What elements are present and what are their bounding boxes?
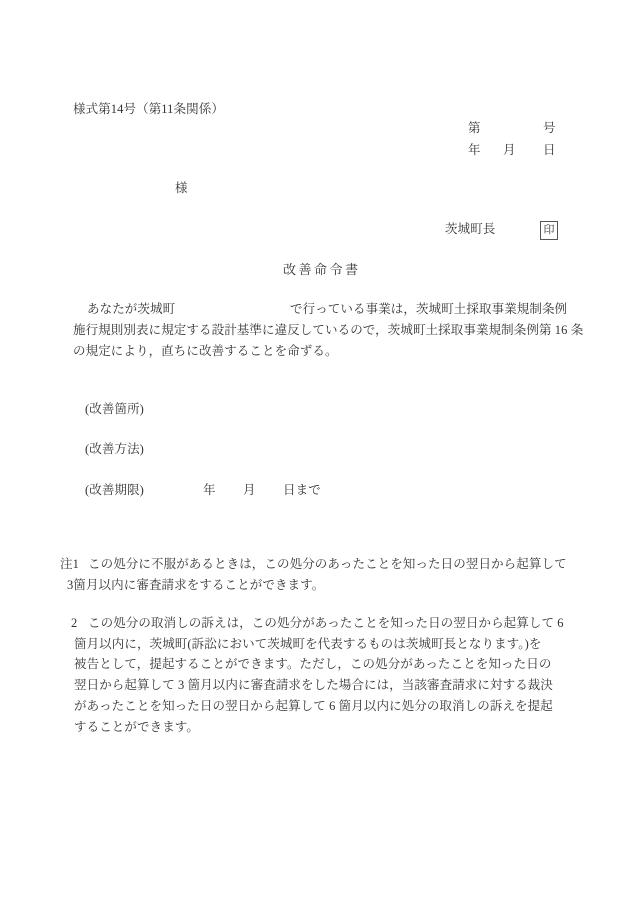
note2-line: 箇月以内に，茨城町(訴訟において茨城町を代表するものは茨城町長となります。)を (74, 634, 541, 654)
note2-line: があったことを知った日の翌日から起算して 6 箇月以内に処分の取消しの訴えを提起 (74, 696, 553, 716)
deadline-month-label: 月 (243, 480, 256, 500)
date-day-label: 日 (543, 140, 556, 160)
improvement-deadline-label: (改善期限) (85, 480, 144, 500)
note2-line: 被告として，提起することができます。ただし，この処分があったことを知った日の (74, 654, 551, 674)
note1-line: この処分に不服があるときは，この処分のあったことを知った日の翌日から起算して (88, 554, 567, 574)
body-line-1-opening: あなたが茨城町 (87, 299, 175, 319)
body-line-2: 施行規則別表に規定する設計基準に違反しているので，茨城町土採取事業規制条例第 1… (73, 320, 583, 340)
deadline-day-label: 日まで (283, 480, 321, 500)
note1-label: 注1 (60, 554, 79, 574)
date-year-label: 年 (468, 140, 481, 160)
seal-stamp: 印 (540, 221, 558, 240)
note2-line: することができます。 (74, 717, 199, 737)
note2-label: 2 (71, 613, 77, 633)
body-line-1-rest: で行っている事業は，茨城町土採取事業規制条例 (290, 299, 567, 319)
improvement-method-label: (改善方法) (85, 439, 144, 459)
deadline-year-label: 年 (203, 480, 216, 500)
note2-line: この処分の取消しの訴えは，この処分があったことを知った日の翌日から起算して 6 (88, 613, 564, 633)
document-page: 様式第14号（第11条関係） 第 号 年 月 日 様 茨城町長 印 改善命令書 … (0, 0, 630, 915)
body-line-3: の規定により，直ちに改善することを命ずる。 (73, 341, 338, 361)
ref-number-suffix: 号 (543, 118, 556, 138)
note1-line: 3箇月以内に審査請求をすることができます。 (67, 575, 324, 595)
improvement-location-label: (改善箇所) (85, 399, 144, 419)
document-title: 改善命令書 (283, 260, 361, 280)
form-number: 様式第14号（第11条関係） (73, 99, 224, 119)
ref-number-prefix: 第 (468, 118, 481, 138)
date-month-label: 月 (503, 140, 516, 160)
note2-line: 翌日から起算して 3 箇月以内に審査請求をした場合には，当該審査請求に対する裁決 (74, 675, 553, 695)
addressee-honorific: 様 (175, 178, 188, 198)
issuer-title: 茨城町長 (445, 219, 495, 239)
